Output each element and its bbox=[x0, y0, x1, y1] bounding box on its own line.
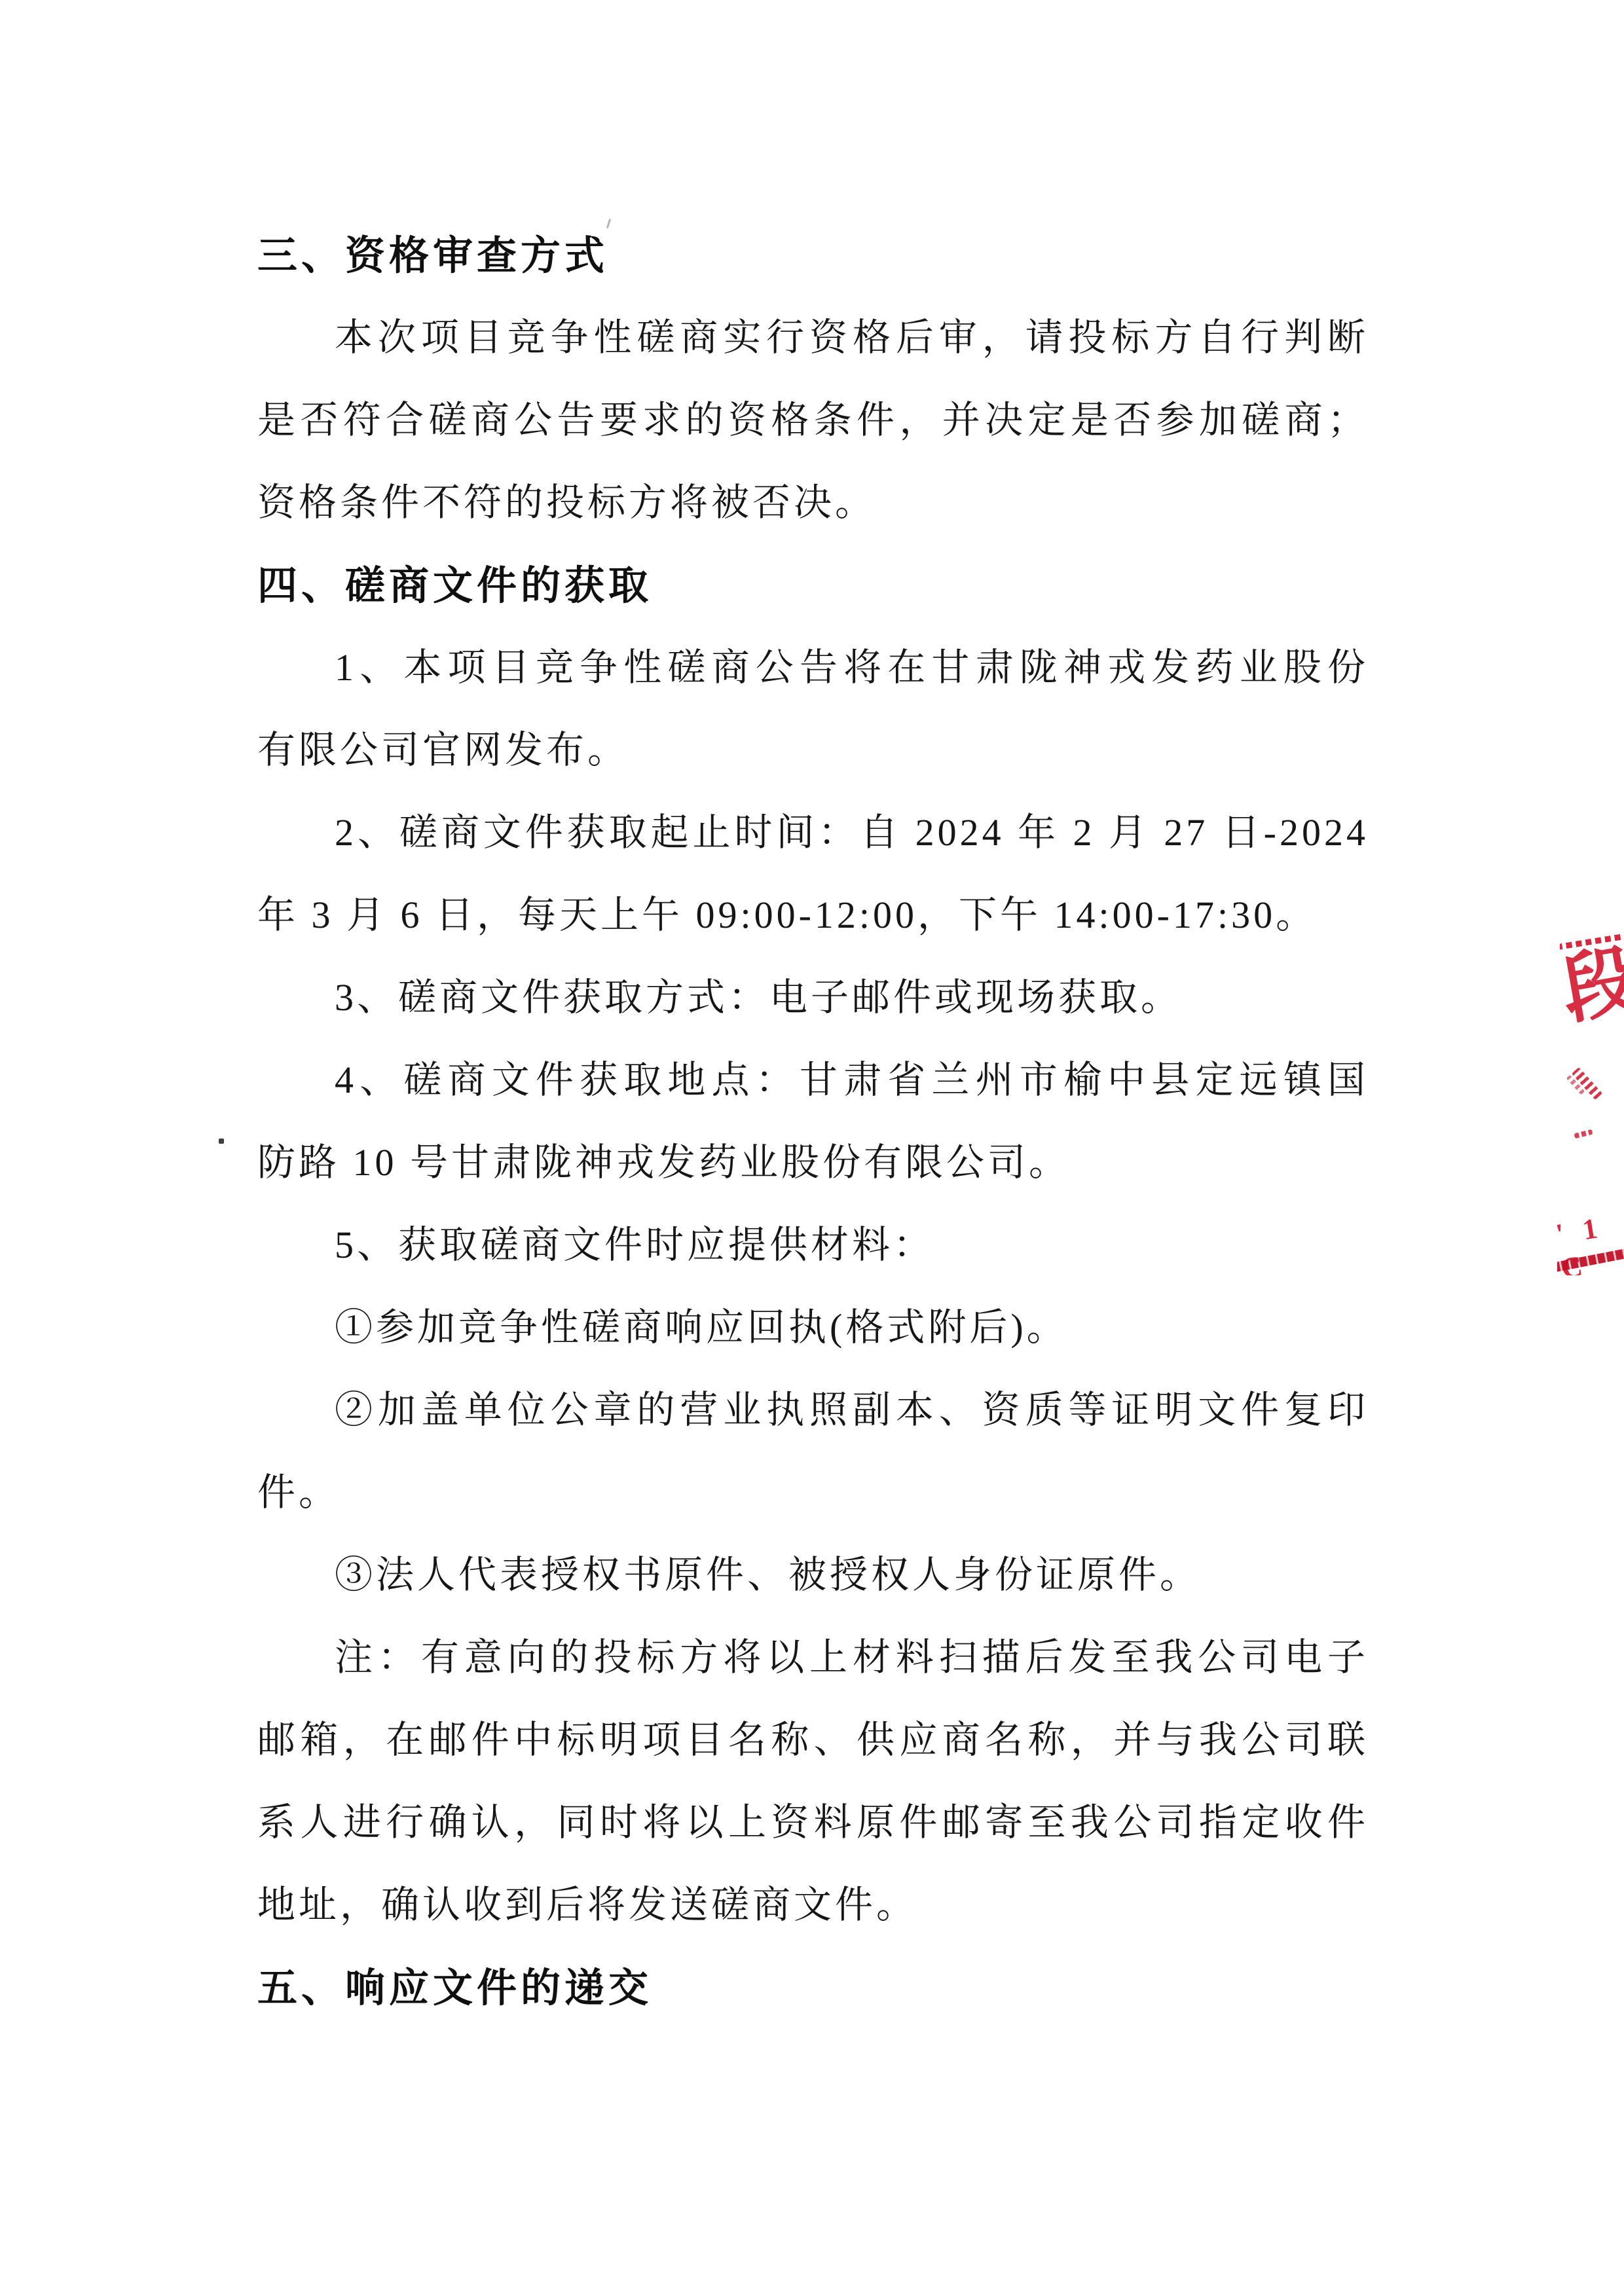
document-body: 三、资格审查方式 本次项目竞争性磋商实行资格后审，请投标方自行判断 是否符合磋商… bbox=[257, 214, 1369, 2029]
paragraph-line: 防路 10 号甘肃陇神戎发药业股份有限公司。 bbox=[257, 1121, 1369, 1204]
heading-section-5: 五、响应文件的递交 bbox=[257, 1946, 1369, 2029]
scan-speck bbox=[219, 1139, 224, 1144]
heading-section-4: 四、磋商文件的获取 bbox=[257, 544, 1369, 627]
paragraph-line: 注：有意向的投标方将以上材料扫描后发至我公司电子 bbox=[257, 1616, 1369, 1699]
paragraph-line: 1、本项目竞争性磋商公告将在甘肃陇神戎发药业股份 bbox=[257, 627, 1369, 709]
paragraph-line: 资格条件不符的投标方将被否决。 bbox=[257, 462, 1369, 544]
heading-section-3: 三、资格审查方式 bbox=[257, 214, 1369, 297]
paragraph-line: 年 3 月 6 日，每天上午 09:00-12:00，下午 14:00-17:3… bbox=[257, 874, 1369, 957]
paragraph-line: 系人进行确认，同时将以上资料原件邮寄至我公司指定收件 bbox=[257, 1781, 1369, 1864]
paragraph-line: 是否符合磋商公告要求的资格条件，并决定是否参加磋商； bbox=[257, 379, 1369, 462]
paragraph-line: ①参加竞争性磋商响应回执(格式附后)。 bbox=[257, 1286, 1369, 1369]
paragraph-line: 5、获取磋商文件时应提供材料： bbox=[257, 1204, 1369, 1286]
paragraph-line: 2、磋商文件获取起止时间：自 2024 年 2 月 27 日-2024 bbox=[257, 792, 1369, 874]
paragraph-line: 3、磋商文件获取方式：电子邮件或现场获取。 bbox=[257, 957, 1369, 1039]
paragraph-line: 地址，确认收到后将发送磋商文件。 bbox=[257, 1864, 1369, 1946]
scanned-document-page: 三、资格审查方式 本次项目竞争性磋商实行资格后审，请投标方自行判断 是否符合磋商… bbox=[0, 0, 1624, 2296]
seal-fragment-middle-1 bbox=[1570, 1065, 1607, 1108]
seal-fragment-top: 段 bbox=[1560, 922, 1624, 1041]
paragraph-line: 件。 bbox=[257, 1451, 1369, 1534]
seal-fragment-bottom: ' 1 C bbox=[1557, 1212, 1624, 1275]
seal-partial-character: 段 bbox=[1560, 936, 1624, 1035]
paragraph-line: 有限公司官网发布。 bbox=[257, 709, 1369, 792]
paragraph-line: 邮箱，在邮件中标明项目名称、供应商名称，并与我公司联 bbox=[257, 1699, 1369, 1781]
paragraph-line: ③法人代表授权书原件、被授权人身份证原件。 bbox=[257, 1534, 1369, 1616]
seal-dot-cluster bbox=[1574, 1129, 1593, 1139]
paragraph-line: ②加盖单位公章的营业执照副本、资质等证明文件复印 bbox=[257, 1369, 1369, 1451]
seal-fragment-middle-2 bbox=[1573, 1126, 1595, 1144]
paragraph-line: 本次项目竞争性磋商实行资格后审，请投标方自行判断 bbox=[257, 297, 1369, 379]
paragraph-line: 4、磋商文件获取地点：甘肃省兰州市榆中县定远镇国 bbox=[257, 1039, 1369, 1121]
